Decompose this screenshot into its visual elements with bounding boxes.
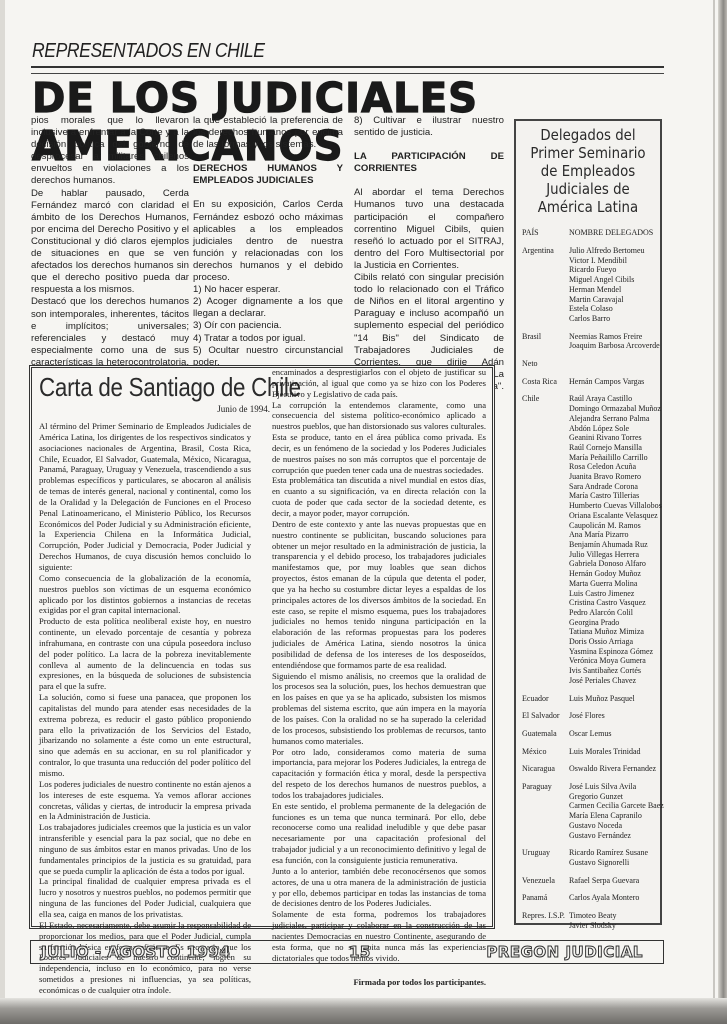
delegate-names <box>569 359 660 369</box>
delegate-name: Juanita Bravo Romero <box>569 472 662 482</box>
delegate-names: Julio Alfredo BertomeuVictor I. Mendibil… <box>569 246 660 324</box>
delegate-name: Luis Morales Trinidad <box>569 747 660 757</box>
delegate-name: Hernán Godoy Muñoz <box>569 569 662 579</box>
carta-date: Junio de 1994. <box>182 404 270 414</box>
delegate-names: Neemias Ramos FreireJoaquim Barbosa Arco… <box>569 332 660 351</box>
page-number: 15 <box>349 943 371 961</box>
delegate-name: Herman Mendel <box>569 285 660 295</box>
delegate-name: Caupolicán M. Ramos <box>569 521 662 531</box>
publication-name: PREGON JUDICIAL <box>486 943 643 961</box>
delegates-title: Delegados del Primer Seminario de Emplea… <box>528 126 648 216</box>
delegate-country: Nicaragua <box>522 764 569 774</box>
paragraph: Por otro lado, consideramos como materia… <box>272 747 486 801</box>
paragraph: La principal finalidad de cualquier empr… <box>39 876 251 919</box>
article-column-3: 8) Cultivar e ilustrar nuestro sentido d… <box>354 115 504 405</box>
delegate-name: Gustavo Noceda <box>569 821 664 831</box>
delegate-row: Repres. I.S.P.Timoteo BeatyJavier Slodsk… <box>522 911 660 930</box>
delegate-name: Ricardo Fueyo <box>569 265 660 275</box>
delegate-country: Costa Rica <box>522 377 569 387</box>
delegate-name: Carmen Cecilia Garcete Baez <box>569 801 664 811</box>
delegate-name: Ivis Santibañez Cortés <box>569 666 662 676</box>
delegate-country: Repres. I.S.P. <box>522 911 569 930</box>
delegate-name: Carlos Ayala Montero <box>569 893 660 903</box>
delegates-list: ArgentinaJulio Alfredo BertomeuVictor I.… <box>516 246 660 930</box>
delegate-name: Humberto Cuevas Villalobos <box>569 501 662 511</box>
delegate-name: Oswaldo Rivera Fernandez <box>569 764 660 774</box>
delegate-row: ChileRaúl Araya CastilloDomingo Ormazaba… <box>522 394 660 685</box>
maxim-item: 1) No hacer esperar. <box>193 284 343 296</box>
delegate-name: Domingo Ormazabal Muñoz <box>569 404 662 414</box>
delegate-name: Neemias Ramos Freire <box>569 332 660 342</box>
delegate-name: Ricardo Ramírez Susane <box>569 848 660 858</box>
column-header-names: NOMBRE DELEGADOS <box>569 228 660 237</box>
paragraph: Esta problemática tan discutida a nivel … <box>272 475 486 518</box>
delegate-name: José Flores <box>569 711 660 721</box>
delegate-row: EcuadorLuis Muñoz Pasquel <box>522 694 660 704</box>
delegate-country: Venezuela <box>522 876 569 886</box>
delegate-name: Georgina Prado <box>569 618 662 628</box>
delegate-row: ParaguayJosé Luis Silva AvilaGregorio Gu… <box>522 782 660 840</box>
delegate-name: Julio Alfredo Bertomeu <box>569 246 660 256</box>
paragraph: En su exposición, Carlos Cerda Fernández… <box>193 199 343 284</box>
page-footer: JULIO - AGOSTO 1994 15 PREGON JUDICIAL <box>30 940 664 964</box>
carta-title: Carta de Santiago de Chile <box>39 372 301 403</box>
delegate-name: Verónica Moya Gumera <box>569 656 662 666</box>
delegate-name: Raúl Araya Castillo <box>569 394 662 404</box>
delegate-names: Timoteo BeatyJavier Slodsky <box>569 911 660 930</box>
page-bottom-shadow <box>0 998 727 1024</box>
delegate-names: Oswaldo Rivera Fernandez <box>569 764 660 774</box>
subheading: DERECHOS HUMANOS Y EMPLEADOS JUDICIALES <box>193 163 343 187</box>
delegate-country: Guatemala <box>522 729 569 739</box>
delegate-name: Luis Castro Jimenez <box>569 589 662 599</box>
delegate-name: Javier Slodsky <box>569 921 660 931</box>
paragraph: La corrupción la entendemos claramente, … <box>272 400 486 476</box>
paragraph: Al término del Primer Seminario de Emple… <box>39 421 251 573</box>
paragraph: Al abordar el tema Derechos Humanos tuvo… <box>354 187 504 272</box>
paragraph: la que estableció la preferencia de los … <box>193 115 343 151</box>
delegate-name: Tatiana Muñoz Mimiza <box>569 627 662 637</box>
paragraph: encaminados a desprestigiarlos con el ob… <box>272 367 486 400</box>
delegate-country: Uruguay <box>522 848 569 867</box>
delegate-country: Neto <box>522 359 569 369</box>
delegate-name: María Elena Capranilo <box>569 811 664 821</box>
paragraph: Los poderes judiciales de nuestro contin… <box>39 779 251 822</box>
delegate-country: El Salvador <box>522 711 569 721</box>
delegate-row: PanamáCarlos Ayala Montero <box>522 893 660 903</box>
delegate-country: Paraguay <box>522 782 569 840</box>
delegate-name: Miguel Angel Cibils <box>569 275 660 285</box>
delegate-country: Panamá <box>522 893 569 903</box>
delegate-name: Joaquim Barbosa Arcoverde <box>569 341 660 351</box>
delegate-name: Estela Colaso <box>569 304 660 314</box>
paragraph: Como consecuencia de la globalización de… <box>39 573 251 616</box>
section-kicker: REPRESENTADOS EN CHILE <box>32 40 265 63</box>
delegate-country: Brasil <box>522 332 569 351</box>
delegate-name: Yasmina Espinoza Gómez <box>569 647 662 657</box>
delegates-box: Delegados del Primer Seminario de Emplea… <box>514 119 662 925</box>
delegate-row: BrasilNeemias Ramos FreireJoaquim Barbos… <box>522 332 660 351</box>
delegate-row: Neto <box>522 359 660 369</box>
delegate-row: El SalvadorJosé Flores <box>522 711 660 721</box>
delegate-name: Pedro Alarcón Colil <box>569 608 662 618</box>
delegate-name: Julio Villegas Herrera <box>569 550 662 560</box>
delegate-row: MéxicoLuis Morales Trinidad <box>522 747 660 757</box>
delegate-row: Costa RicaHernán Campos Vargas <box>522 377 660 387</box>
delegate-names: Raúl Araya CastilloDomingo Ormazabal Muñ… <box>569 394 662 685</box>
delegate-name: María Castro Tillerias <box>569 491 662 501</box>
page-left-edge <box>0 0 5 1024</box>
delegate-country: México <box>522 747 569 757</box>
paragraph: En este sentido, el problema permanente … <box>272 801 486 866</box>
delegate-name: Marta Guerra Molina <box>569 579 662 589</box>
carta-box: Carta de Santiago de Chile Junio de 1994… <box>29 365 495 929</box>
carta-column-left: Al término del Primer Seminario de Emple… <box>39 421 251 1024</box>
delegate-name: Ana María Pizarro <box>569 530 662 540</box>
delegate-country: Argentina <box>522 246 569 324</box>
delegate-names: Hernán Campos Vargas <box>569 377 660 387</box>
delegates-header: PAÍS NOMBRE DELEGADOS <box>522 228 660 237</box>
paragraph: De hablar pausado, Cerda Fernández marcó… <box>31 188 189 297</box>
delegate-names: Rafael Serpa Guevara <box>569 876 660 886</box>
maxim-item: 4) Tratar a todos por igual. <box>193 333 343 345</box>
delegate-name: Gabriela Donoso Alfaro <box>569 559 662 569</box>
delegate-names: Ricardo Ramírez SusaneGustavo Signorelli <box>569 848 660 867</box>
delegate-row: VenezuelaRafael Serpa Guevara <box>522 876 660 886</box>
paragraph: pios morales que lo llevaron inclusive a… <box>31 115 189 188</box>
header-rule-top <box>31 66 664 68</box>
delegate-name: Gustavo Signorelli <box>569 858 660 868</box>
delegate-name: Raúl Cornejo Mansilla <box>569 443 662 453</box>
column-header-country: PAÍS <box>522 228 569 237</box>
delegate-name: Cristina Castro Vasquez <box>569 598 662 608</box>
paragraph: Dentro de este contexto y ante las nueva… <box>272 519 486 671</box>
delegate-name: Carlos Barro <box>569 314 660 324</box>
delegate-name: Oriana Escalante Velasquez <box>569 511 662 521</box>
paragraph: La solución, como si fuese una panacea, … <box>39 692 251 779</box>
delegate-country: Chile <box>522 394 569 685</box>
maxim-item: 3) Oír con paciencia. <box>193 320 343 332</box>
delegate-row: UruguayRicardo Ramírez SusaneGustavo Sig… <box>522 848 660 867</box>
delegate-name: Sara Andrade Corona <box>569 482 662 492</box>
paragraph: Junto a lo anterior, también debe recono… <box>272 866 486 909</box>
delegate-name: Victor I. Mendibil <box>569 256 660 266</box>
delegate-names: Luis Morales Trinidad <box>569 747 660 757</box>
delegate-name: Benjamín Ahumada Ruz <box>569 540 662 550</box>
delegate-names: Luis Muñoz Pasquel <box>569 694 660 704</box>
delegate-name: Oscar Lemus <box>569 729 660 739</box>
maxim-item: 2) Acoger dignamente a los que llegan a … <box>193 296 343 320</box>
delegate-name: Geanini Rivano Torres <box>569 433 662 443</box>
delegate-name: María Peñailillo Carrillo <box>569 453 662 463</box>
delegate-name: José Luis Silva Avila <box>569 782 664 792</box>
delegate-name: Timoteo Beaty <box>569 911 660 921</box>
page-fold-line <box>713 0 715 1000</box>
paragraph: Producto de esta política neoliberal exi… <box>39 616 251 692</box>
delegate-name: Alejandra Serrano Palma <box>569 414 662 424</box>
delegate-name: Gregorio Gunzet <box>569 792 664 802</box>
delegate-name: Gustavo Fernández <box>569 831 664 841</box>
signature: Firmada por todos los participantes. <box>272 977 486 988</box>
carta-column-right: encaminados a desprestigiarlos con el ob… <box>272 367 486 988</box>
paragraph: Los trabajadores judiciales creemos que … <box>39 822 251 876</box>
delegate-name: Martin Caravajal <box>569 295 660 305</box>
issue-date: JULIO - AGOSTO 1994 <box>41 943 230 961</box>
paragraph: Siguiendo el mismo análisis, no creemos … <box>272 671 486 747</box>
delegate-name: Rosa Celedon Acuña <box>569 462 662 472</box>
delegate-name: Rafael Serpa Guevara <box>569 876 660 886</box>
delegate-country: Ecuador <box>522 694 569 704</box>
delegate-name: José Periales Chavez <box>569 676 662 686</box>
delegate-row: GuatemalaOscar Lemus <box>522 729 660 739</box>
delegate-row: ArgentinaJulio Alfredo BertomeuVictor I.… <box>522 246 660 324</box>
delegate-names: Carlos Ayala Montero <box>569 893 660 903</box>
article-column-2: la que estableció la preferencia de los … <box>193 115 343 405</box>
subheading: LA PARTICIPACIÓN DE CORRIENTES <box>354 151 504 175</box>
delegate-names: José Flores <box>569 711 660 721</box>
delegate-name: Doris Ossio Arriaga <box>569 637 662 647</box>
maxim-item: 8) Cultivar e ilustrar nuestro sentido d… <box>354 115 504 139</box>
delegate-name: Hernán Campos Vargas <box>569 377 660 387</box>
delegate-names: Oscar Lemus <box>569 729 660 739</box>
page-right-edge <box>718 0 727 1024</box>
delegate-row: NicaraguaOswaldo Rivera Fernandez <box>522 764 660 774</box>
delegate-name: Abdón López Sole <box>569 424 662 434</box>
delegate-names: José Luis Silva AvilaGregorio GunzetCarm… <box>569 782 664 840</box>
delegate-name: Luis Muñoz Pasquel <box>569 694 660 704</box>
